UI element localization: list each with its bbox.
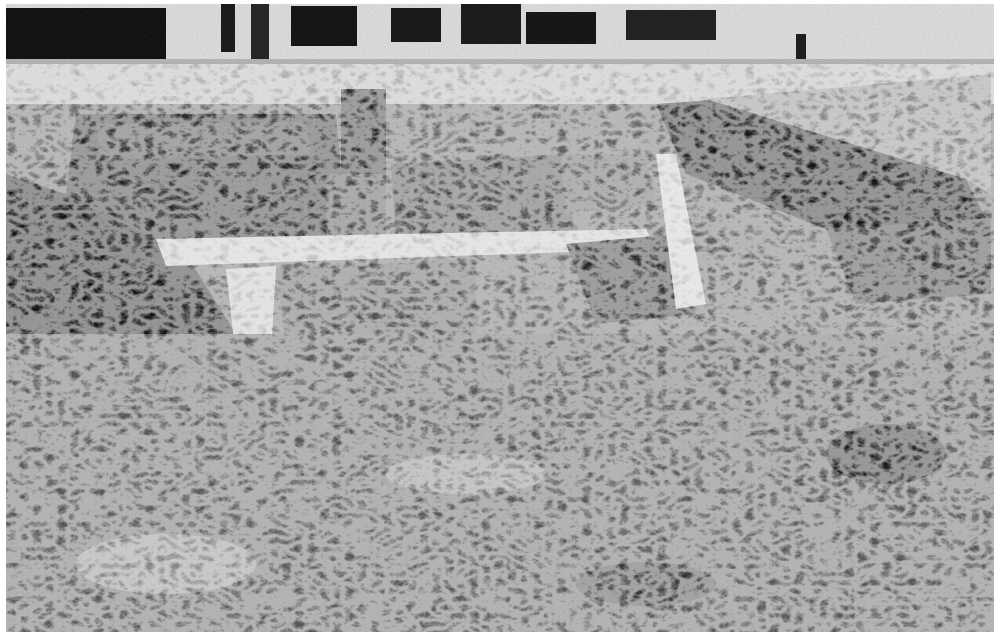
- ruins-photograph: [6, 4, 994, 632]
- halftone-speckle: [6, 64, 994, 632]
- photo-canvas: [6, 4, 994, 632]
